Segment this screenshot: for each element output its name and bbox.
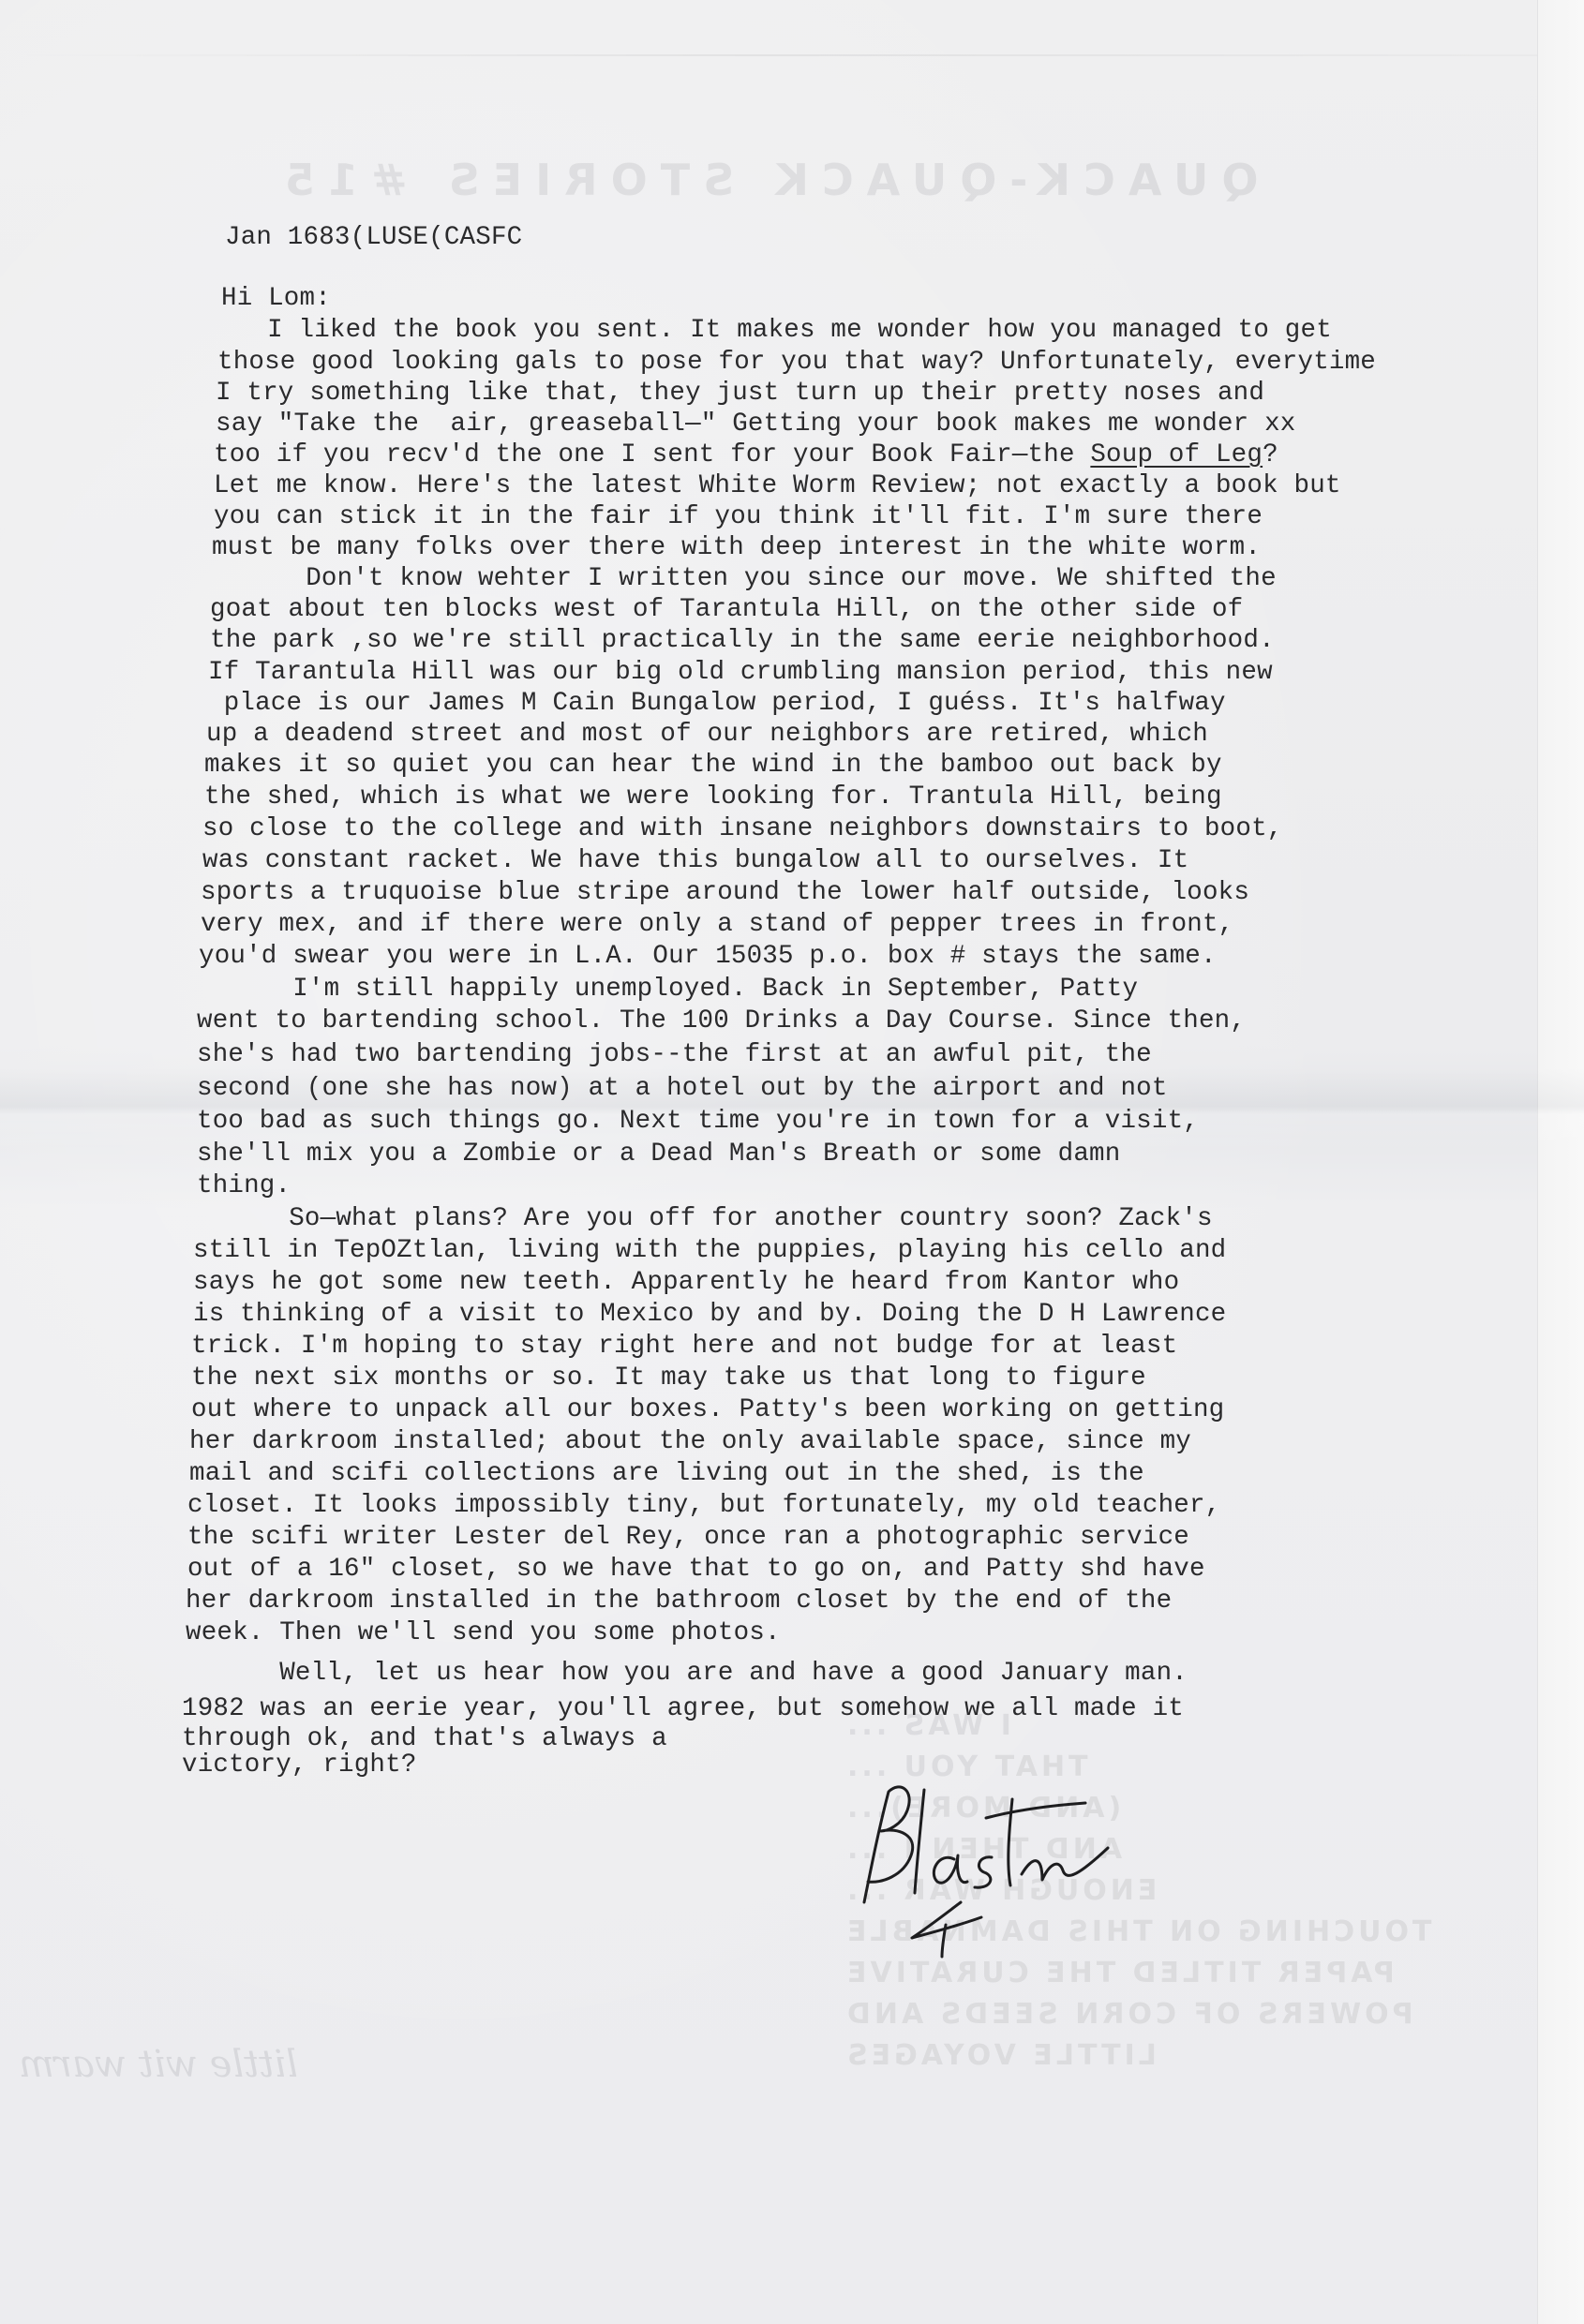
text-line: If Tarantula Hill was our big old crumbl… [208,658,1273,687]
text-line: the park ,so we're still practically in … [210,626,1275,655]
text-line: makes it so quiet you can hear the wind … [204,751,1222,780]
text-line: goat about ten blocks west of Tarantula … [210,595,1243,624]
text-line: very mex, and if there were only a stand… [201,910,1233,939]
text-line: Well, let us hear how you are and have a… [186,1659,1188,1688]
text-line: she's had two bartending jobs--the first… [197,1040,1152,1069]
text-line: her darkroom installed; about the only a… [189,1427,1191,1456]
text-line: through ok, and that's always a [182,1724,667,1753]
text-line: Let me know. Here's the latest White Wor… [214,471,1341,500]
text-line: week. Then we'll send you some photos. [186,1618,781,1647]
text-line: thing. [197,1171,291,1200]
text-line: you'd swear you were in L.A. Our 15035 p… [199,942,1217,971]
text-line: is thinking of a visit to Mexico by and … [193,1300,1226,1329]
text-line: I try something like that, they just tur… [216,379,1264,408]
text-line: mail and scifi collections are living ou… [189,1459,1144,1488]
text-line: so close to the college and with insane … [202,814,1283,843]
text-line: the scifi writer Lester del Rey, once ra… [187,1523,1189,1552]
handwritten-mark: 4 [904,1893,998,1963]
text-line: closet. It looks impossibly tiny, but fo… [187,1491,1220,1520]
background-surface [1537,0,1584,2324]
letter-greeting: Hi Lom: [221,284,331,313]
text-line: must be many folks over there with deep … [212,533,1261,562]
text-line: her darkroom installed in the bathroom c… [186,1587,1172,1616]
text-line: up a deadend street and most of our neig… [206,720,1208,749]
letter-body: Jan 1683(LUSE(CASFC Hi Lom: I liked the … [0,0,1537,2324]
text-line: So—what plans? Are you off for another c… [195,1204,1213,1233]
book-title-underlined: Soup of Leg [1090,440,1263,469]
text-line: too if you recv'd the one I sent for you… [214,440,1278,469]
text-line: I liked the book you sent. It makes me w… [220,316,1332,345]
text-line: Don't know wehter I written you since ou… [212,564,1277,593]
text-line: the next six months or so. It may take u… [191,1363,1146,1393]
text-line: say "Take the air, greaseball—" Getting … [216,410,1296,439]
text-line: sports a truquoise blue stripe around th… [201,878,1249,907]
text-line: still in TepOZtlan, living with the pupp… [193,1236,1226,1265]
text-segment: too if you recv'd the one I sent for you… [214,440,1090,469]
text-line: second (one she has now) at a hotel out … [197,1074,1168,1103]
text-line: too bad as such things go. Next time you… [197,1107,1199,1136]
text-line: those good looking gals to pose for you … [217,348,1376,377]
text-line: she'll mix you a Zombie or a Dead Man's … [197,1140,1120,1169]
text-segment: ? [1263,440,1278,469]
text-line: victory, right? [182,1750,417,1780]
text-line: went to bartending school. The 100 Drink… [197,1006,1246,1035]
text-line: I'm still happily unemployed. Back in Se… [199,975,1138,1004]
text-line: trick. I'm hoping to stay right here and… [191,1332,1177,1361]
letter-date-header: Jan 1683(LUSE(CASFC [225,223,522,252]
text-line: out of a 16" closet, so we have that to … [187,1555,1205,1584]
text-line: out where to unpack all our boxes. Patty… [191,1395,1224,1424]
text-line: place is our James M Cain Bungalow perio… [208,689,1226,718]
text-line: the shed, which is what we were looking … [204,782,1222,812]
text-line: says he got some new teeth. Apparently h… [193,1268,1179,1297]
text-line: was constant racket. We have this bungal… [202,846,1188,875]
text-line: 1982 was an eerie year, you'll agree, bu… [182,1694,1184,1723]
text-line: you can stick it in the fair if you thin… [214,502,1263,531]
